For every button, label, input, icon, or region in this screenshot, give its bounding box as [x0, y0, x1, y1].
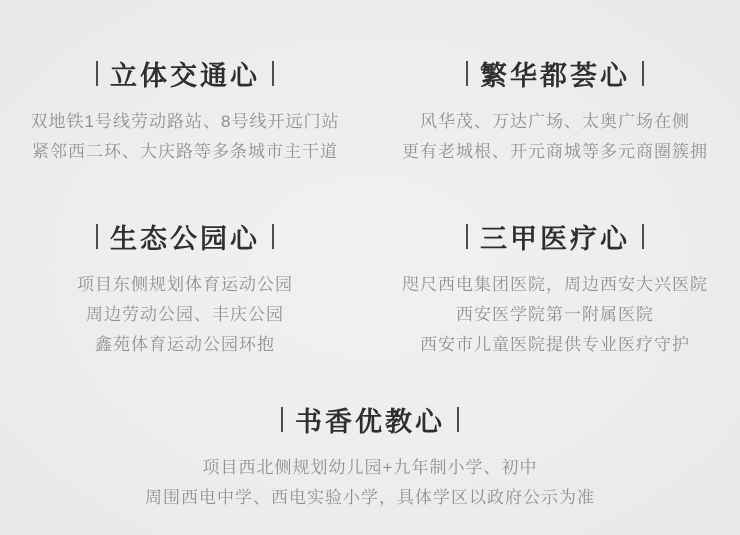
property-features-poster: 立体交通心 双地铁1号线劳动路站、8号线开远门站 紧邻西二环、大庆路等多条城市主…	[0, 0, 740, 535]
section-transport-line-2: 紧邻西二环、大庆路等多条城市主干道	[0, 137, 370, 167]
title-right-bar-icon	[272, 224, 274, 249]
section-parks: 生态公园心 项目东侧规划体育运动公园 周边劳动公园、丰庆公园 鑫苑体育运动公园环…	[0, 217, 370, 360]
section-education-title-text: 书香优教心	[295, 400, 445, 439]
section-transport-title-text: 立体交通心	[110, 54, 260, 93]
feature-row-1: 立体交通心 双地铁1号线劳动路站、8号线开远门站 紧邻西二环、大庆路等多条城市主…	[0, 54, 740, 167]
section-parks-line-3: 鑫苑体育运动公园环抱	[0, 330, 370, 360]
section-medical-line-1: 咫尺西电集团医院，周边西安大兴医院	[370, 270, 740, 300]
section-transport: 立体交通心 双地铁1号线劳动路站、8号线开远门站 紧邻西二环、大庆路等多条城市主…	[0, 54, 370, 167]
section-commerce: 繁华都荟心 风华茂、万达广场、太奥广场在侧 更有老城根、开元商城等多元商圈簇拥	[370, 54, 740, 167]
section-medical-title-text: 三甲医疗心	[480, 217, 630, 256]
section-medical-title: 三甲医疗心	[370, 217, 740, 256]
section-commerce-title-text: 繁华都荟心	[480, 54, 630, 93]
section-parks-line-1: 项目东侧规划体育运动公园	[0, 270, 370, 300]
title-right-bar-icon	[272, 61, 274, 86]
feature-row-3: 书香优教心 项目西北侧规划幼儿园+九年制小学、初中 周围西电中学、西电实验小学，…	[0, 400, 740, 513]
section-medical: 三甲医疗心 咫尺西电集团医院，周边西安大兴医院 西安医学院第一附属医院 西安市儿…	[370, 217, 740, 360]
section-commerce-line-2: 更有老城根、开元商城等多元商圈簇拥	[370, 137, 740, 167]
title-right-bar-icon	[457, 407, 459, 432]
section-education-line-2: 周围西电中学、西电实验小学，具体学区以政府公示为准	[0, 483, 740, 513]
feature-row-2: 生态公园心 项目东侧规划体育运动公园 周边劳动公园、丰庆公园 鑫苑体育运动公园环…	[0, 217, 740, 360]
title-right-bar-icon	[642, 61, 644, 86]
section-parks-line-2: 周边劳动公园、丰庆公园	[0, 300, 370, 330]
section-transport-title: 立体交通心	[0, 54, 370, 93]
section-education-line-1: 项目西北侧规划幼儿园+九年制小学、初中	[0, 453, 740, 483]
section-commerce-title: 繁华都荟心	[370, 54, 740, 93]
section-medical-line-3: 西安市儿童医院提供专业医疗守护	[370, 330, 740, 360]
section-parks-title: 生态公园心	[0, 217, 370, 256]
section-commerce-line-1: 风华茂、万达广场、太奥广场在侧	[370, 107, 740, 137]
title-right-bar-icon	[642, 224, 644, 249]
section-education-title: 书香优教心	[0, 400, 740, 439]
title-left-bar-icon	[466, 224, 468, 249]
section-medical-line-2: 西安医学院第一附属医院	[370, 300, 740, 330]
title-left-bar-icon	[281, 407, 283, 432]
title-left-bar-icon	[466, 61, 468, 86]
section-education: 书香优教心 项目西北侧规划幼儿园+九年制小学、初中 周围西电中学、西电实验小学，…	[0, 400, 740, 513]
title-left-bar-icon	[96, 61, 98, 86]
title-left-bar-icon	[96, 224, 98, 249]
section-parks-title-text: 生态公园心	[110, 217, 260, 256]
section-transport-line-1: 双地铁1号线劳动路站、8号线开远门站	[0, 107, 370, 137]
